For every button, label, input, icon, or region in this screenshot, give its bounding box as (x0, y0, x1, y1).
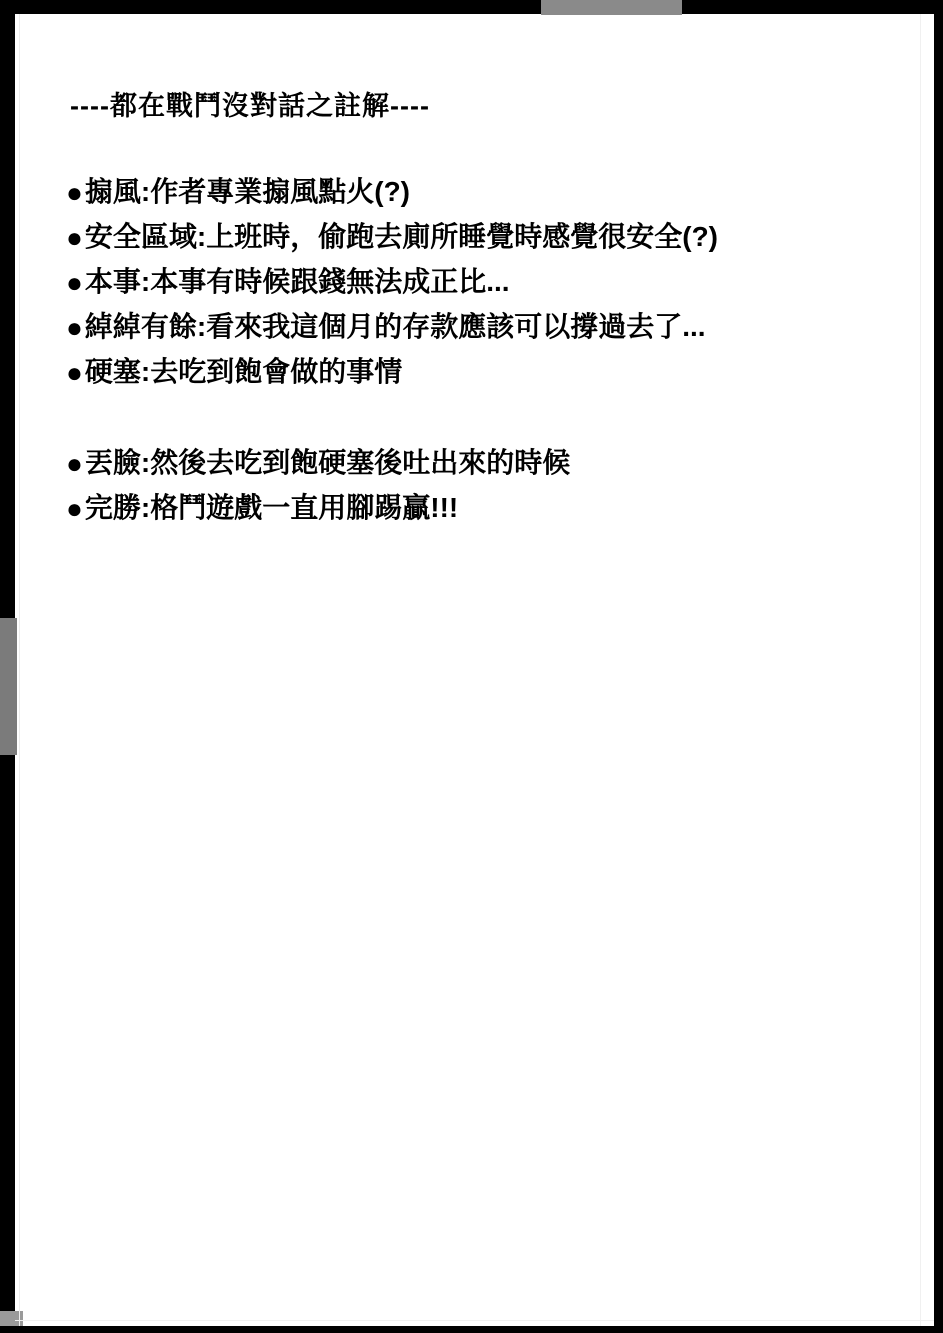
note-line: ●搧風:作者專業搧風點火(?) (66, 169, 718, 214)
note-text: 丟臉:然後去吃到飽硬塞後吐出來的時候 (85, 447, 570, 478)
note-line: ●綽綽有餘:看來我這個月的存款應該可以撐過去了... (66, 304, 718, 349)
bullet-icon: ● (66, 312, 83, 343)
note-line: ●硬塞:去吃到飽會做的事情 (66, 349, 718, 394)
bullet-icon: ● (66, 448, 83, 479)
notes-group-2: ●丟臉:然後去吃到飽硬塞後吐出來的時候 ●完勝:格鬥遊戲一直用腳踢贏!!! (66, 440, 570, 530)
bullet-icon: ● (66, 357, 83, 388)
note-line: ●安全區域:上班時，偷跑去廁所睡覺時感覺很安全(?) (66, 214, 718, 259)
page-border-bottom (0, 1326, 943, 1333)
note-text: 完勝:格鬥遊戲一直用腳踢贏!!! (85, 492, 458, 523)
bullet-icon: ● (66, 267, 83, 298)
scan-hairline-vertical-2 (920, 14, 921, 1326)
note-text: 本事:本事有時候跟錢無法成正比... (85, 266, 510, 297)
note-text: 安全區域:上班時，偷跑去廁所睡覺時感覺很安全(?) (85, 221, 718, 252)
note-text: 搧風:作者專業搧風點火(?) (85, 176, 410, 207)
scan-artifact-top (541, 0, 682, 15)
note-line: ●本事:本事有時候跟錢無法成正比... (66, 259, 718, 304)
page-border-top (0, 0, 943, 14)
page-title: ----都在戰鬥沒對話之註解---- (70, 84, 430, 123)
note-text: 硬塞:去吃到飽會做的事情 (85, 356, 402, 387)
bullet-icon: ● (66, 493, 83, 524)
scan-hairline-vertical-1 (19, 14, 20, 1326)
bullet-icon: ● (66, 177, 83, 208)
page-border-right (934, 0, 943, 1333)
notes-group-1: ●搧風:作者專業搧風點火(?) ●安全區域:上班時，偷跑去廁所睡覺時感覺很安全(… (66, 169, 718, 394)
scanned-page: ----都在戰鬥沒對話之註解---- ●搧風:作者專業搧風點火(?) ●安全區域… (0, 0, 943, 1333)
note-line: ●完勝:格鬥遊戲一直用腳踢贏!!! (66, 485, 570, 530)
note-text: 綽綽有餘:看來我這個月的存款應該可以撐過去了... (85, 311, 706, 342)
scan-hairline-horizontal (15, 1320, 934, 1321)
bullet-icon: ● (66, 222, 83, 253)
note-line: ●丟臉:然後去吃到飽硬塞後吐出來的時候 (66, 440, 570, 485)
scan-artifact-left (0, 618, 17, 755)
